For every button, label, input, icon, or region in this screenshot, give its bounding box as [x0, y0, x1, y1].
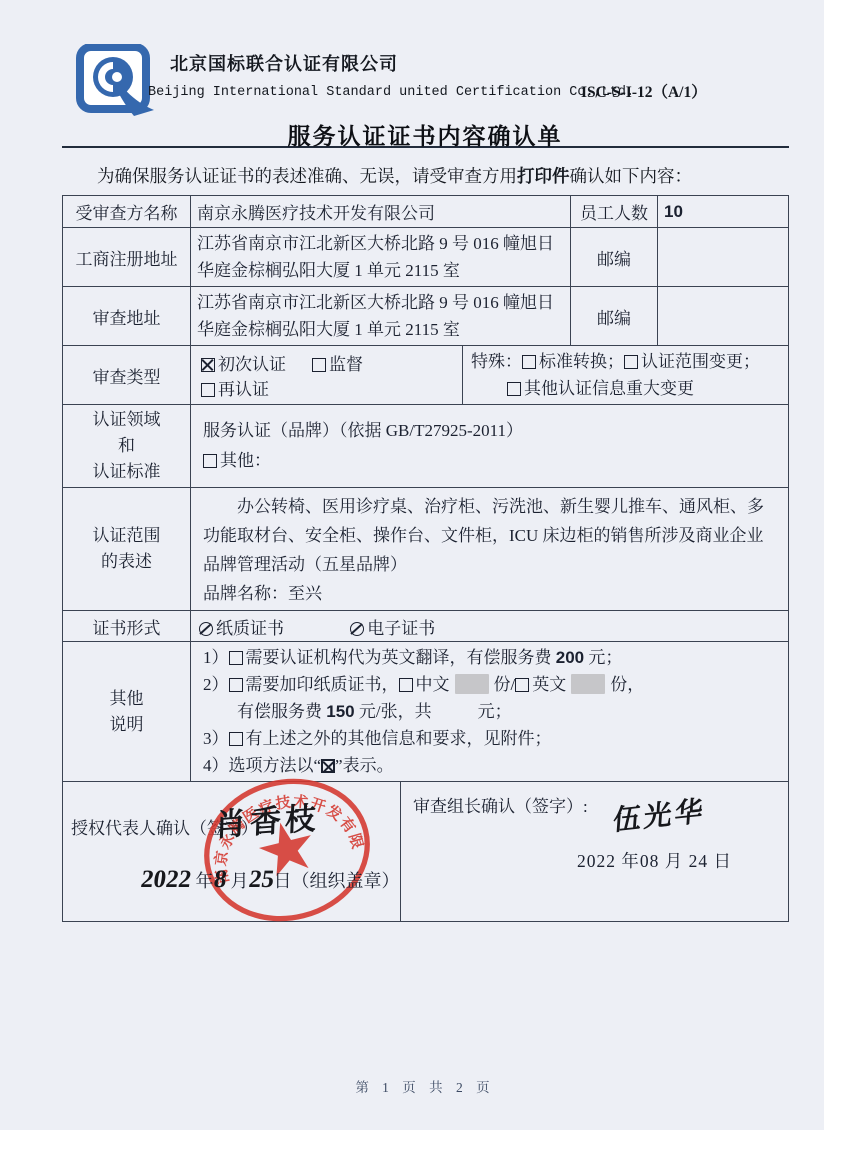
scope-paragraph: 办公转椅、医用诊疗桌、治疗柜、污洗池、新生婴儿推车、通风柜、多功能取材台、安全柜… [203, 492, 778, 579]
option-surveillance: 监督 [312, 355, 363, 374]
empty-checkbox-icon[interactable] [203, 454, 217, 468]
company-name-en: Beijing International Standard united Ce… [148, 85, 634, 100]
notes-label-line1: 其他 [69, 686, 184, 712]
note-number: 3） [203, 729, 229, 748]
special-option-standard-conversion: 标准转换； [539, 352, 624, 371]
note-number: 4） [203, 756, 229, 775]
registered-address-label: 工商注册地址 [63, 228, 191, 287]
note-text: 有上述之外的其他信息和要求，见附件； [246, 729, 552, 748]
electronic-certificate-label: 电子证书 [367, 619, 435, 638]
scan-bottom-margin [0, 1130, 850, 1170]
note-text: 需要加印纸质证书， [246, 675, 399, 694]
audit-type-options: 初次认证监督再认证 [191, 346, 463, 405]
auditee-value: 南京永腾医疗技术开发有限公司 [191, 196, 571, 228]
note-text: 需要认证机构代为英文翻译，有偿服务费 [246, 648, 556, 667]
postcode-label-1: 邮编 [571, 228, 658, 287]
special-option-scope-change: 认证范围变更； [641, 352, 760, 371]
note-text: 元/张，共 [355, 702, 432, 721]
paper-certificate-option: 纸质证书 [199, 619, 284, 638]
option-recertification: 再认证 [201, 380, 269, 399]
fee-150: 150 [326, 702, 354, 721]
table-row-audit-address: 审查地址 江苏省南京市江北新区大桥北路 9 号 016 幢旭日华庭金棕榈弘阳大厦… [63, 287, 789, 346]
table-row-other-notes: 其他 说明 1）需要认证机构代为英文翻译，有偿服务费 200 元； 2）需要加印… [63, 642, 789, 782]
electronic-certificate-option: 电子证书 [350, 619, 435, 638]
empty-checkbox-icon[interactable] [312, 358, 326, 372]
audit-address-value: 江苏省南京市江北新区大桥北路 9 号 016 幢旭日华庭金棕榈弘阳大厦 1 单元… [191, 287, 571, 346]
organization-date-line: 2022 年8 月25日（组织盖章） [141, 866, 400, 894]
note-number: 1） [203, 648, 229, 667]
scope-cell: 办公转椅、医用诊疗桌、治疗柜、污洗池、新生婴儿推车、通风柜、多功能取材台、安全柜… [191, 488, 789, 611]
option-label: 初次认证 [218, 355, 286, 374]
page-title: 服务认证证书内容确认单 [0, 118, 850, 151]
scanned-form-page: 北京国标联合认证有限公司 Beijing International Stand… [0, 0, 850, 1170]
scope-label: 认证范围 的表述 [63, 488, 191, 611]
handwritten-day: 25 [247, 866, 276, 894]
certificate-form-cell: 纸质证书 电子证书 [191, 611, 789, 642]
empty-checkbox-icon[interactable] [229, 678, 243, 692]
field-label-line3: 认证标准 [69, 459, 184, 485]
audit-type-label: 审查类型 [63, 346, 191, 405]
note-text: 元； [584, 648, 622, 667]
blank-fill-box[interactable] [455, 674, 489, 694]
empty-checkbox-icon[interactable] [229, 732, 243, 746]
table-row-certificate-form: 证书形式 纸质证书 电子证书 [63, 611, 789, 642]
note-line-1: 1）需要认证机构代为英文翻译，有偿服务费 200 元； [203, 644, 782, 671]
brand-name-line: 品牌名称：至兴 [203, 579, 778, 608]
confirmation-table: 受审查方名称 南京永腾医疗技术开发有限公司 员工人数 10 工商注册地址 江苏省… [62, 195, 789, 922]
field-label-line2: 和 [69, 433, 184, 459]
staff-count-value: 10 [658, 196, 789, 228]
audit-date: 2022 年08 月 24 日 [577, 848, 732, 873]
audit-team-leader-cell: 审查组长确认（签字）: 伍光华 2022 年08 月 24 日 [401, 782, 789, 922]
scope-label-line2: 的表述 [69, 549, 184, 575]
empty-checkbox-icon[interactable] [229, 651, 243, 665]
empty-checkbox-icon[interactable] [399, 678, 413, 692]
other-notes-label: 其他 说明 [63, 642, 191, 782]
certification-other-line: 其他： [203, 446, 782, 476]
certification-basis: 服务认证（品牌）（依据 GB/T27925-2011） [203, 416, 782, 446]
note-text: 份， [610, 675, 644, 694]
intro-text: 为确保服务认证证书的表述准确、无误，请受审查方用打印件确认如下内容： [97, 163, 692, 188]
note-text: 份/ [494, 675, 516, 694]
year-unit: 年 [196, 871, 214, 891]
authorized-representative-signature: 肖香枝 [214, 792, 320, 845]
field-label-line1: 认证领域 [69, 407, 184, 433]
empty-checkbox-icon[interactable] [515, 678, 529, 692]
certification-field-label: 认证领域 和 认证标准 [63, 405, 191, 488]
table-row-certification-field: 认证领域 和 认证标准 服务认证（品牌）（依据 GB/T27925-2011） … [63, 405, 789, 488]
day-unit-and-seal-note: 日（组织盖章） [274, 871, 400, 891]
handwritten-year: 2022 [139, 866, 193, 894]
special-prefix: 特殊： [471, 352, 522, 371]
intro-pre: 为确保服务认证证书的表述准确、无误，请受审查方用 [97, 166, 517, 186]
certificate-form-label: 证书形式 [63, 611, 191, 642]
table-row-auditee: 受审查方名称 南京永腾医疗技术开发有限公司 员工人数 10 [63, 196, 789, 228]
audit-team-leader-signature: 伍光华 [612, 789, 707, 839]
postcode-value-1[interactable] [658, 228, 789, 287]
table-row-signatures: 南京永腾医疗技术开发有限公司 授权代表人确认（签字）: 肖香枝 2022 年8 … [63, 782, 789, 922]
option-label: 再认证 [218, 380, 269, 399]
special-line-2: 其他认证信息重大变更 [507, 375, 782, 402]
table-row-scope: 认证范围 的表述 办公转椅、医用诊疗桌、治疗柜、污洗池、新生婴儿推车、通风柜、多… [63, 488, 789, 611]
option-label: 监督 [329, 355, 363, 374]
auditee-label: 受审查方名称 [63, 196, 191, 228]
paper-certificate-label: 纸质证书 [216, 619, 284, 638]
note-line-2: 2）需要加印纸质证书，中文份/英文份， [203, 671, 782, 698]
empty-checkbox-icon[interactable] [201, 383, 215, 397]
company-name-cn: 北京国标联合认证有限公司 [170, 50, 398, 76]
authorized-representative-cell: 南京永腾医疗技术开发有限公司 授权代表人确认（签字）: 肖香枝 2022 年8 … [63, 782, 401, 922]
other-notes-cell: 1）需要认证机构代为英文翻译，有偿服务费 200 元； 2）需要加印纸质证书，中… [191, 642, 789, 782]
note-line-2b: 有偿服务费 150 元/张，共元； [237, 698, 782, 725]
note-line-3: 3）有上述之外的其他信息和要求，见附件； [203, 725, 782, 752]
empty-checkbox-icon[interactable] [522, 355, 536, 369]
bisc-logo-icon [76, 44, 160, 120]
registered-address-value: 江苏省南京市江北新区大桥北路 9 号 016 幢旭日华庭金棕榈弘阳大厦 1 单元… [191, 228, 571, 287]
empty-checkbox-icon[interactable] [507, 382, 521, 396]
special-option-other-major-change: 其他认证信息重大变更 [524, 379, 694, 398]
fee-200: 200 [556, 648, 584, 667]
other-option-label: 其他： [220, 451, 271, 470]
note-number: 2） [203, 675, 229, 694]
checked-checkbox-icon[interactable] [201, 358, 215, 372]
circled-check-icon[interactable] [199, 622, 213, 636]
note-text: 元； [478, 702, 512, 721]
intro-post: 确认如下内容： [570, 166, 693, 186]
postcode-label-2: 邮编 [571, 287, 658, 346]
english-copies-label: 英文 [532, 675, 566, 694]
note-text: 有偿服务费 [237, 702, 326, 721]
staff-count-label: 员工人数 [571, 196, 658, 228]
option-initial-certification: 初次认证 [201, 355, 286, 374]
scan-right-margin [824, 0, 850, 1170]
intro-emphasis: 打印件 [517, 166, 570, 186]
chinese-copies-label: 中文 [416, 675, 450, 694]
table-row-audit-type: 审查类型 初次认证监督再认证 特殊：标准转换；认证范围变更； 其他认证信息重大变… [63, 346, 789, 405]
audit-address-label: 审查地址 [63, 287, 191, 346]
month-unit: 月 [231, 871, 249, 891]
scope-label-line1: 认证范围 [69, 523, 184, 549]
blank-fill-box[interactable] [571, 674, 605, 694]
special-options-cell: 特殊：标准转换；认证范围变更； 其他认证信息重大变更 [463, 346, 789, 405]
certification-field-cell: 服务认证（品牌）（依据 GB/T27925-2011） 其他： [191, 405, 789, 488]
table-row-registered-address: 工商注册地址 江苏省南京市江北新区大桥北路 9 号 016 幢旭日华庭金棕榈弘阳… [63, 228, 789, 287]
special-line-1: 特殊：标准转换；认证范围变更； [471, 348, 782, 375]
page-number-footer: 第 1 页 共 2 页 [0, 1076, 850, 1096]
form-code: ISC-S-I-12（A/1） [581, 80, 707, 102]
company-seal-stamp: 南京永腾医疗技术开发有限公司 [183, 755, 391, 945]
notes-label-line2: 说明 [69, 712, 184, 738]
circled-check-icon[interactable] [350, 622, 364, 636]
audit-team-leader-label: 审查组长确认（签字）: [413, 792, 588, 817]
empty-checkbox-icon[interactable] [624, 355, 638, 369]
postcode-value-2[interactable] [658, 287, 789, 346]
